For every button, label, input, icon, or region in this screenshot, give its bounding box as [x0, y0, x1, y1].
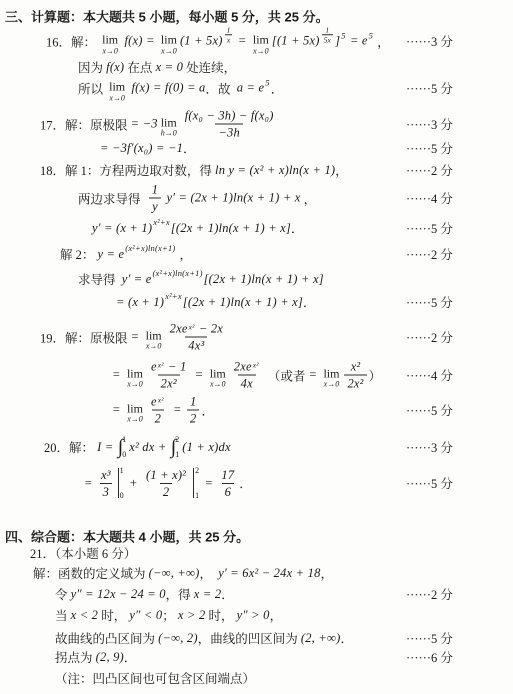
math-run: 2 — [155, 412, 161, 426]
math-run: 5x — [324, 36, 331, 44]
math-run: f(x) = f(0) = a — [128, 81, 205, 96]
score-label: ······5 分 — [406, 219, 453, 237]
math-run: 4x — [241, 377, 253, 391]
limit-word: lim — [210, 367, 226, 379]
solution-line: 17．解：原极限 = −3limh→0f(x₀ − 3h) − f(x₀)−3h — [40, 109, 279, 140]
math-run: 2 — [163, 485, 169, 499]
fraction: 176 — [218, 468, 237, 499]
text-run: 在点 — [124, 58, 155, 76]
score-label: ······5 分 — [406, 79, 453, 97]
math-run: f(x) — [106, 60, 124, 75]
fraction-denominator: 4x³ — [185, 337, 207, 353]
fraction: x³3 — [98, 468, 114, 499]
solution-line: 故曲线的凸区间为 (−∞, 2)，曲线的凹区间为 (2, +∞)． — [55, 629, 353, 647]
score-label: ······2 分 — [406, 161, 453, 179]
limit-word: lim — [146, 329, 162, 341]
math-run: x² — [189, 323, 195, 331]
text-run: ． — [271, 79, 284, 97]
math-run: (x²+x)ln(x+1) — [125, 243, 175, 253]
superscript: x²+x — [165, 291, 182, 301]
superscript: x² — [158, 396, 164, 404]
fraction-denominator: 2 — [152, 410, 164, 426]
integral-upper-bound: 1 — [122, 435, 126, 444]
solution-line: （注：凹凸区间也可包含区间端点） — [55, 669, 255, 687]
text-run: 所以 — [78, 79, 106, 97]
superscript: x²+x — [153, 217, 170, 227]
math-run: 1 — [190, 395, 196, 409]
solution-line: y′ = (x + 1)x²+x[(2x + 1)ln(x + 1) + x]． — [92, 219, 304, 237]
math-run: 2x² — [161, 377, 177, 391]
fraction-numerator: 1 — [225, 26, 233, 34]
solution-line: = −3f′(x₀) = −1． — [100, 139, 196, 157]
text-run: 解 2： — [60, 245, 98, 263]
math-run: x² dx + — [129, 440, 170, 455]
text-run: ， — [270, 606, 283, 624]
evaluation-upper-bound: 2 — [195, 466, 199, 475]
math-run: = — [112, 403, 124, 418]
limit-subscript: x→0 — [146, 343, 162, 351]
math-run: x²+x — [165, 291, 182, 301]
math-run: = −3 — [131, 117, 158, 132]
fraction-numerator: 2xex² − 2x — [167, 322, 226, 337]
fraction: f(x₀ − 3h) − f(x₀)−3h — [182, 109, 277, 140]
math-run: y′ = (2x + 1)ln(x + 1) + x — [163, 191, 300, 206]
section-heading: 三、计算题：本大题共 5 小题，每小题 5 分，共 25 分。 — [5, 7, 329, 26]
limit-word: lim — [323, 367, 339, 379]
math-run: = — [235, 34, 250, 49]
math-run: x² — [158, 396, 164, 404]
limit: limx→0 — [102, 33, 118, 55]
math-run: = e — [347, 34, 368, 49]
integral-lower-bound: 0 — [122, 450, 126, 459]
fraction-denominator: x — [225, 35, 233, 44]
solution-line: = limx→0ex² − 12x² = limx→02xex²4x （或者 =… — [112, 360, 381, 391]
score-label: ······4 分 — [406, 189, 453, 207]
text-run: 当 — [55, 606, 71, 624]
text-run: 19．解：原极限 — [40, 328, 131, 346]
text-run: ． — [239, 474, 252, 492]
fraction-denominator: 2 — [160, 483, 172, 499]
superscript: 5 — [341, 30, 345, 40]
solution-line: 19．解：原极限 = limx→02xex² − 2x4x³ — [40, 322, 228, 353]
score-label: ······2 分 — [406, 585, 453, 603]
score-label: ······2 分 — [406, 245, 453, 263]
integral-lower-bound: 1 — [175, 450, 179, 459]
math-run: [(2x + 1)ln(x + 1) + x] — [204, 272, 324, 287]
text-run: （或者 — [265, 366, 309, 384]
score-label: ······5 分 — [406, 293, 453, 311]
superscript: x² — [189, 323, 195, 331]
limit: limx→0 — [161, 33, 177, 55]
fraction-numerator: 1 — [323, 26, 331, 34]
text-run: ， — [301, 189, 317, 207]
text-run: 16．解： — [46, 32, 99, 50]
math-run: = — [112, 368, 124, 383]
math-run: y — [152, 200, 158, 214]
limit: limx→0 — [323, 367, 339, 389]
evaluation-bar-line — [118, 468, 119, 498]
text-run: 两边求导得 — [78, 189, 147, 207]
fraction-denominator: y — [149, 198, 161, 214]
fraction: ex² − 12x² — [148, 360, 189, 391]
math-run: 2 — [190, 412, 196, 426]
fraction-denominator: 5x — [322, 35, 333, 44]
score-label: ······3 分 — [406, 115, 453, 133]
math-run: = — [308, 368, 320, 383]
math-run: e — [151, 395, 157, 409]
fraction-numerator: x² — [348, 360, 364, 375]
score-label: ······5 分 — [406, 474, 453, 492]
math-run: x² — [158, 361, 164, 369]
limit-word: lim — [127, 402, 143, 414]
fraction: 2xex² − 2x4x³ — [167, 322, 226, 353]
math-run: [(1 + 5x) — [272, 34, 320, 49]
solution-line: 解 2： y = e(x²+x)ln(x+1) ， — [60, 245, 192, 263]
score-label: ······3 分 — [406, 438, 453, 456]
math-run: = — [201, 476, 216, 491]
fraction-denominator: 2 — [187, 410, 199, 426]
solution-line: 当 x < 2 时， y″ < 0； x > 2 时， y″ > 0， — [55, 606, 282, 624]
fraction-numerator: 17 — [218, 468, 237, 483]
math-run: y′ = (x + 1) — [92, 221, 152, 236]
integral-upper-bound: 2 — [175, 435, 179, 444]
fraction: 12 — [187, 395, 199, 426]
math-run: y″ = 12x − 24 = 0 — [71, 587, 166, 602]
text-run: ， — [176, 245, 192, 263]
math-run: (2, 9) — [96, 650, 124, 665]
math-run: (2, +∞) — [301, 631, 341, 646]
section-heading: 四、综合题：本大题共 4 小题，共 25 分。 — [5, 527, 249, 546]
integral-bounds: 21 — [175, 435, 179, 459]
math-run: 1 — [152, 183, 158, 197]
solution-line: = x³310 + (1 + x)²221 = 176． — [84, 466, 252, 500]
text-run: ； — [162, 606, 178, 624]
score-label: ······5 分 — [406, 401, 453, 419]
math-run: y = e — [98, 247, 125, 262]
limit: limh→0 — [161, 116, 177, 138]
solution-line: = (x + 1)x²+x[(2x + 1)ln(x + 1) + x]． — [116, 293, 315, 311]
text-run: ） — [369, 366, 382, 384]
text-run: ．故 — [206, 79, 237, 97]
fraction: (1 + x)²2 — [143, 468, 189, 499]
math-run: − 2x — [196, 322, 223, 336]
text-run: ． — [124, 648, 137, 666]
math-run: (1 + x)² — [146, 468, 186, 482]
math-run: = (x + 1) — [116, 295, 164, 310]
limit: limx→0 — [109, 80, 125, 102]
math-run: 2xe — [234, 360, 252, 374]
limit-word: lim — [161, 116, 177, 128]
solution-line: 21．（本小题 6 分） — [30, 544, 136, 562]
score-label: ······5 分 — [406, 139, 453, 157]
math-run: (1 + x)dx — [182, 440, 230, 455]
evaluation-bar: 21 — [193, 466, 199, 500]
fraction: 15x — [322, 26, 333, 44]
fraction-denominator: 2x² — [344, 375, 366, 391]
math-run: 5 — [265, 77, 269, 87]
fraction-numerator: 1 — [149, 183, 161, 198]
text-run: 因为 — [78, 58, 106, 76]
limit: limx→0 — [127, 402, 143, 424]
score-label: ······2 分 — [406, 328, 453, 346]
score-label: ······6 分 — [406, 648, 453, 666]
text-run: ，曲线的凹区间为 — [198, 629, 301, 647]
solution-line: 16．解： limx→0 f(x) = limx→0(1 + 5x)1x = l… — [46, 30, 390, 52]
math-run: y′ = 6x² − 24x + 18 — [218, 566, 320, 581]
math-run: 5 — [341, 30, 345, 40]
fraction-numerator: 1 — [187, 395, 199, 410]
evaluation-bounds: 21 — [195, 466, 199, 500]
math-run: 3 — [103, 485, 109, 499]
text-run: ， — [200, 564, 219, 582]
math-run: y′ = e — [122, 272, 152, 287]
math-run: x = 2 — [194, 587, 221, 602]
superscript: 15x — [321, 26, 334, 44]
math-run: y″ > 0 — [237, 608, 270, 623]
limit-word: lim — [102, 33, 118, 45]
text-run: ， — [321, 564, 334, 582]
math-run: 2x² — [347, 377, 363, 391]
superscript: (x²+x)ln(x+1) — [125, 243, 175, 253]
math-run: 17 — [221, 468, 234, 482]
integral: ∫21 — [171, 435, 181, 459]
fraction-numerator: (1 + x)² — [143, 468, 189, 483]
text-run: 令 — [55, 585, 71, 603]
text-run: ， — [335, 161, 348, 179]
limit-word: lim — [109, 80, 125, 92]
document-page: 三、计算题：本大题共 5 小题，每小题 5 分，共 25 分。16．解： lim… — [0, 0, 513, 694]
math-run: = — [84, 476, 96, 491]
limit: limx→0 — [146, 329, 162, 351]
math-run: x²+x — [153, 217, 170, 227]
fraction: ex²2 — [148, 395, 168, 426]
math-run: a = e — [237, 81, 264, 96]
fraction: x²2x² — [344, 360, 366, 391]
text-run: ． — [201, 401, 214, 419]
math-run: 2xe — [170, 322, 188, 336]
fraction-numerator: ex² − 1 — [148, 360, 189, 375]
score-label: ······5 分 — [406, 629, 453, 647]
limit-subscript: x→0 — [109, 94, 125, 102]
math-run: + — [126, 476, 141, 491]
math-run: (−∞, 2) — [158, 631, 198, 646]
text-run: 21．（本小题 6 分） — [30, 544, 136, 562]
fraction-denominator: 6 — [222, 483, 234, 499]
solution-line: 解：函数的定义域为 (−∞, +∞)， y′ = 6x² − 24x + 18， — [33, 564, 333, 582]
math-run: 1 — [325, 26, 329, 34]
text-run: 17．解：原极限 — [40, 115, 131, 133]
limit-subscript: x→0 — [324, 381, 340, 389]
math-run: x — [227, 36, 231, 44]
fraction-numerator: ex² — [148, 395, 168, 410]
solution-line: 因为 f(x) 在点 x = 0 处连续， — [78, 58, 236, 76]
math-run: f(x₀ − 3h) − f(x₀) — [185, 109, 274, 123]
limit-word: lim — [253, 33, 269, 45]
fraction-denominator: −3h — [215, 124, 243, 140]
limit-subscript: h→0 — [161, 130, 177, 138]
fraction: 1y — [149, 183, 161, 214]
solution-line: 20．解： I = ∫10x² dx + ∫21(1 + x)dx — [44, 435, 231, 459]
superscript: x² — [158, 361, 164, 369]
solution-line: 两边求导得 1y y′ = (2x + 1)ln(x + 1) + x ， — [78, 183, 316, 214]
text-run: 时， — [98, 606, 129, 624]
math-run: 5 — [369, 30, 373, 40]
text-run: ． — [340, 629, 353, 647]
math-run: = — [170, 403, 185, 418]
fraction-denominator: 4x — [238, 375, 256, 391]
solution-line: 求导得 y′ = e(x²+x)ln(x+1)[(2x + 1)ln(x + 1… — [78, 270, 324, 288]
math-run: I = — [97, 440, 117, 455]
text-run: ，得 — [166, 585, 194, 603]
text-run: 求导得 — [78, 270, 122, 288]
fraction-numerator: 2xex² — [231, 360, 263, 375]
math-run: 6 — [225, 485, 231, 499]
limit: limx→0 — [253, 33, 269, 55]
math-run: x > 2 — [178, 608, 205, 623]
limit-subscript: x→0 — [127, 381, 143, 389]
math-run: (−∞, +∞) — [149, 566, 200, 581]
math-run: = — [191, 368, 206, 383]
text-run: 时， — [205, 606, 236, 624]
superscript: 5 — [265, 77, 269, 87]
superscript: x² — [253, 361, 259, 369]
fraction-denominator: 3 — [100, 483, 112, 499]
text-run: ． — [303, 293, 316, 311]
text-run: ， — [374, 32, 390, 50]
math-run: (x²+x)ln(x+1) — [152, 268, 202, 278]
limit-subscript: x→0 — [102, 47, 118, 55]
math-run: = −3f′(x₀) = −1 — [100, 141, 183, 156]
limit: limx→0 — [210, 367, 226, 389]
solution-line: 拐点为 (2, 9)． — [55, 648, 136, 666]
evaluation-upper-bound: 1 — [120, 466, 124, 475]
integral-bounds: 10 — [122, 435, 126, 459]
math-run: [(2x + 1)ln(x + 1) + x] — [171, 221, 291, 236]
math-run: ln y = (x² + x)ln(x + 1) — [215, 163, 335, 178]
evaluation-lower-bound: 1 — [195, 491, 199, 500]
math-run: − 1 — [165, 360, 187, 374]
superscript: (x²+x)ln(x+1) — [152, 268, 202, 278]
math-run: e — [151, 360, 157, 374]
limit-word: lim — [127, 367, 143, 379]
solution-line: 令 y″ = 12x − 24 = 0，得 x = 2． — [55, 585, 234, 603]
text-run: 20．解： — [44, 438, 97, 456]
limit-subscript: x→0 — [253, 47, 269, 55]
math-run: x < 2 — [71, 608, 98, 623]
text-run: 处连续， — [183, 58, 236, 76]
evaluation-bounds: 10 — [120, 466, 124, 500]
text-run: ． — [221, 585, 234, 603]
math-run: 1 — [227, 26, 231, 34]
fraction: 1x — [225, 26, 233, 44]
math-run: = — [131, 330, 143, 345]
math-run: 4x³ — [188, 339, 204, 353]
solution-line: = limx→0ex²2 = 12． — [112, 395, 214, 426]
math-run: (1 + 5x) — [180, 34, 223, 49]
solution-line: 18．解 1：方程两边取对数，得 ln y = (x² + x)ln(x + 1… — [40, 161, 348, 179]
superscript: 5 — [369, 30, 373, 40]
math-run: x = 0 — [156, 60, 183, 75]
fraction: 2xex²4x — [231, 360, 263, 391]
evaluation-bar: 10 — [118, 466, 124, 500]
math-run: [(2x + 1)ln(x + 1) + x] — [183, 295, 303, 310]
math-run: ] — [335, 34, 340, 49]
limit-word: lim — [161, 33, 177, 45]
fraction-numerator: x³ — [98, 468, 114, 483]
limit: limx→0 — [127, 367, 143, 389]
limit-subscript: x→0 — [210, 381, 226, 389]
math-run: x² — [253, 361, 259, 369]
fraction-denominator: 2x² — [158, 375, 180, 391]
math-run: −3h — [218, 126, 240, 140]
evaluation-bar-line — [193, 468, 194, 498]
math-run: x³ — [101, 468, 111, 482]
text-run: ． — [183, 139, 196, 157]
text-run: 故曲线的凸区间为 — [55, 629, 158, 647]
score-label: ······3 分 — [406, 32, 453, 50]
score-label: ······4 分 — [406, 366, 453, 384]
math-run: y″ < 0 — [129, 608, 162, 623]
text-run: 拐点为 — [55, 648, 96, 666]
text-run: （注：凹凸区间也可包含区间端点） — [55, 669, 255, 687]
evaluation-lower-bound: 0 — [120, 491, 124, 500]
text-run: 18．解 1：方程两边取对数，得 — [40, 161, 215, 179]
integral: ∫10 — [118, 435, 128, 459]
limit-subscript: x→0 — [127, 416, 143, 424]
text-run: 解：函数的定义域为 — [33, 564, 149, 582]
text-run: ． — [291, 219, 304, 237]
superscript: 1x — [224, 26, 234, 44]
solution-line: 所以 limx→0 f(x) = f(0) = a．故 a = e5． — [78, 77, 283, 99]
limit-subscript: x→0 — [161, 47, 177, 55]
math-run: f(x) = — [121, 34, 158, 49]
math-run: x² — [351, 360, 361, 374]
fraction-numerator: f(x₀ − 3h) − f(x₀) — [182, 109, 277, 124]
